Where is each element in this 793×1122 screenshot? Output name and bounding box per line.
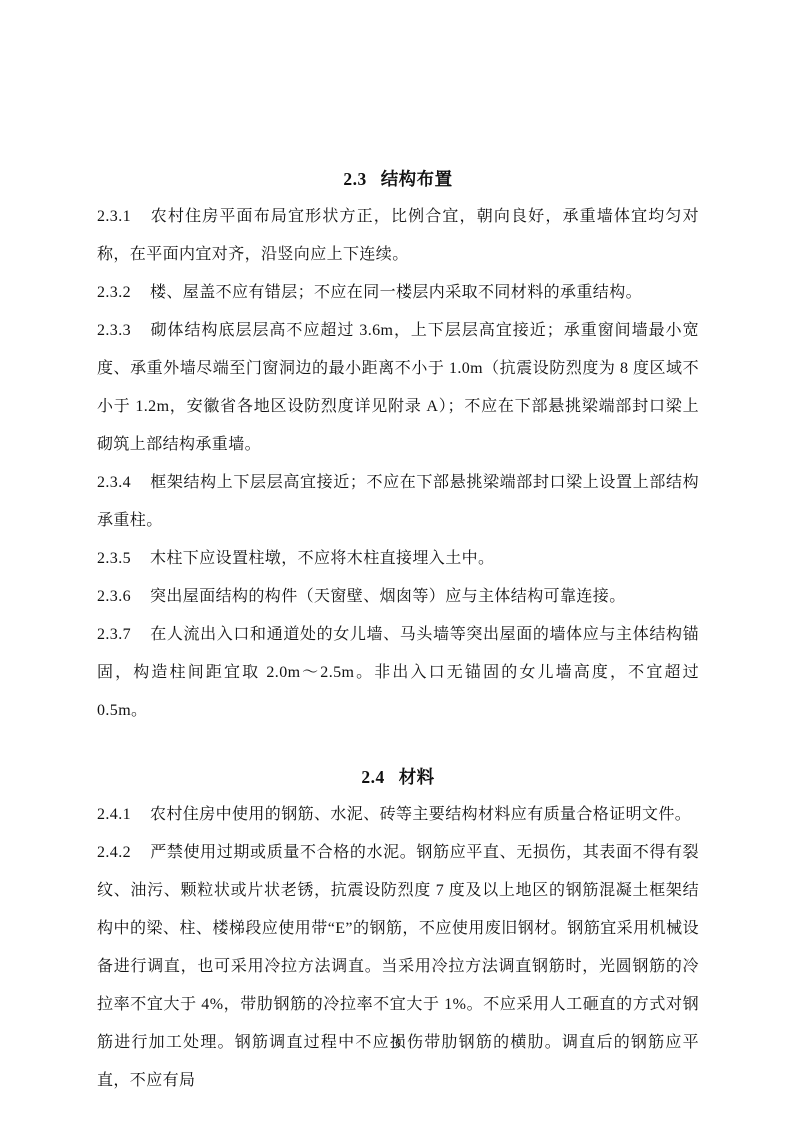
clause-text: 突出屋面结构的构件（天窗壁、烟囱等）应与主体结构可靠连接。	[150, 588, 626, 605]
clause-number: 2.3.1	[97, 208, 131, 225]
clause-number: 2.4.2	[97, 844, 131, 861]
clause-number: 2.3.2	[97, 284, 131, 301]
section-title: 材料	[399, 767, 435, 787]
clause-2-3-3: 2.3.3砌体结构底层层高不应超过 3.6m，上下层层高宜接近；承重窗间墙最小宽…	[97, 312, 699, 464]
clause-2-3-6: 2.3.6突出屋面结构的构件（天窗壁、烟囱等）应与主体结构可靠连接。	[97, 578, 699, 616]
clause-text: 楼、屋盖不应有错层；不应在同一楼层内采取不同材料的承重结构。	[150, 284, 642, 301]
clause-number: 2.4.1	[97, 806, 131, 823]
clause-text: 木柱下应设置柱墩，不应将木柱直接埋入土中。	[150, 550, 494, 567]
clause-2-4-2: 2.4.2严禁使用过期或质量不合格的水泥。钢筋应平直、无损伤，其表面不得有裂纹、…	[97, 834, 699, 1100]
clause-text: 在人流出入口和通道处的女儿墙、马头墙等突出屋面的墙体应与主体结构锚固，构造柱间距…	[97, 626, 699, 719]
clause-2-3-7: 2.3.7在人流出入口和通道处的女儿墙、马头墙等突出屋面的墙体应与主体结构锚固，…	[97, 616, 699, 730]
section-structure-layout: 2.3结构布置 2.3.1农村住房平面布局宜形状方正，比例合宜，朝向良好，承重墙…	[97, 160, 699, 730]
clause-2-3-4: 2.3.4框架结构上下层层高宜接近；不应在下部悬挑梁端部封口梁上设置上部结构承重…	[97, 464, 699, 540]
clause-number: 2.3.4	[97, 474, 131, 491]
clause-text: 砌体结构底层层高不应超过 3.6m，上下层层高宜接近；承重窗间墙最小宽度、承重外…	[97, 322, 699, 453]
clause-2-3-2: 2.3.2楼、屋盖不应有错层；不应在同一楼层内采取不同材料的承重结构。	[97, 274, 699, 312]
clause-2-3-1: 2.3.1农村住房平面布局宜形状方正，比例合宜，朝向良好，承重墙体宜均匀对称，在…	[97, 198, 699, 274]
clause-2-4-1: 2.4.1农村住房中使用的钢筋、水泥、砖等主要结构材料应有质量合格证明文件。	[97, 796, 699, 834]
section-number: 2.3	[343, 169, 366, 189]
clause-text: 农村住房中使用的钢筋、水泥、砖等主要结构材料应有质量合格证明文件。	[150, 806, 691, 823]
clause-2-3-5: 2.3.5木柱下应设置柱墩，不应将木柱直接埋入土中。	[97, 540, 699, 578]
page-content: 2.3结构布置 2.3.1农村住房平面布局宜形状方正，比例合宜，朝向良好，承重墙…	[97, 160, 699, 1100]
clause-number: 2.3.3	[97, 322, 131, 339]
clause-text: 框架结构上下层层高宜接近；不应在下部悬挑梁端部封口梁上设置上部结构承重柱。	[97, 474, 699, 529]
document-page: 2.3结构布置 2.3.1农村住房平面布局宜形状方正，比例合宜，朝向良好，承重墙…	[0, 0, 793, 1122]
page-footer: 3	[0, 1035, 793, 1053]
section-heading-materials: 2.4材料	[97, 758, 699, 796]
section-heading-structure: 2.3结构布置	[97, 160, 699, 198]
page-number: 3	[393, 1035, 401, 1052]
clause-number: 2.3.5	[97, 550, 131, 567]
section-title: 结构布置	[381, 169, 453, 189]
section-number: 2.4	[361, 767, 384, 787]
clause-number: 2.3.7	[97, 626, 131, 643]
clause-text: 农村住房平面布局宜形状方正，比例合宜，朝向良好，承重墙体宜均匀对称，在平面内宜对…	[97, 208, 699, 263]
clause-number: 2.3.6	[97, 588, 131, 605]
